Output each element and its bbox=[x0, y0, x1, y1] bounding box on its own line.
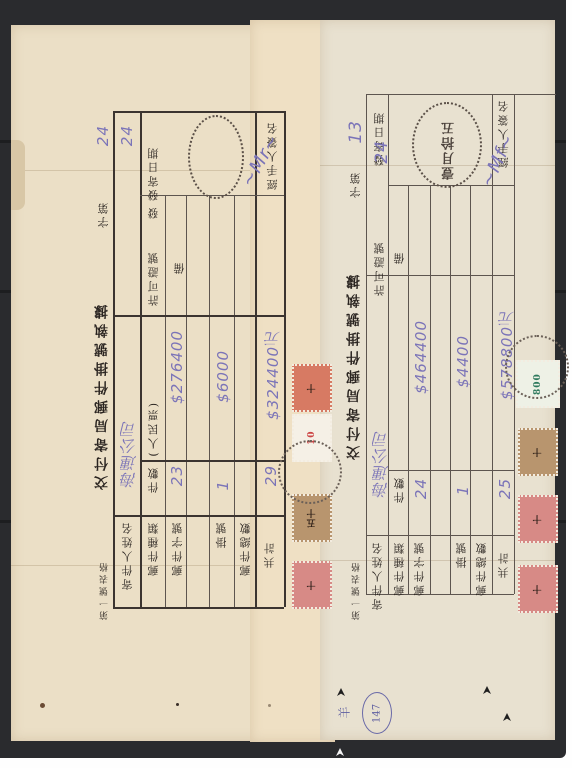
left-serial-value: 24 bbox=[94, 125, 112, 146]
right-serial-label: 字第 bbox=[348, 170, 364, 198]
pencil-circled-note: 147 bbox=[362, 692, 392, 734]
left-postmark bbox=[188, 115, 244, 199]
right-count-value: 24 bbox=[412, 478, 430, 499]
left-form-title: 交付寄局郵件掛號執據 bbox=[92, 300, 112, 490]
right-amount: $4400 bbox=[454, 335, 472, 388]
postage-stamp: 十 bbox=[518, 565, 558, 613]
right-row-label: 郵件種類 bbox=[392, 540, 408, 596]
left-amount: $276400 bbox=[168, 330, 186, 404]
left-row-label: 件數 bbox=[146, 465, 162, 493]
stamp-cancel-mark bbox=[505, 335, 569, 399]
right-row-label: 共計 bbox=[496, 550, 512, 578]
postage-stamp: 十 bbox=[292, 364, 332, 412]
postage-stamp: 十 bbox=[518, 428, 558, 476]
left-row-label: 郵件總數 bbox=[238, 520, 254, 576]
left-sender-value: 海運公司 bbox=[118, 420, 141, 488]
left-date-value: 24 bbox=[118, 125, 136, 146]
right-sender-value: 海運公司 bbox=[370, 430, 393, 498]
water-stain bbox=[11, 140, 25, 210]
paper-speck bbox=[40, 703, 45, 708]
pencil-annotation-char: 羊 bbox=[336, 706, 353, 718]
left-remarks-label: 備 bbox=[172, 260, 188, 274]
left-license-label: 許可證號 bbox=[146, 250, 162, 306]
right-row-label: 掛號 bbox=[454, 540, 470, 568]
right-form-title: 交付寄局郵件掛號執據 bbox=[344, 270, 364, 460]
left-currency-label: (人民票) bbox=[146, 400, 162, 457]
paper-speck bbox=[176, 703, 179, 706]
right-date-value: 24 bbox=[372, 140, 392, 164]
right-form-number: 第一號表格 bbox=[350, 560, 363, 620]
stamp-cancel-mark bbox=[278, 440, 342, 504]
postage-stamp: 十 bbox=[518, 495, 558, 543]
right-license-label: 許可證號 bbox=[372, 240, 388, 296]
right-postmark-text: 壹月拾五 bbox=[440, 120, 459, 180]
left-row-label: 郵件種類 bbox=[146, 520, 162, 576]
right-row-label: 寄件人姓名 bbox=[370, 540, 386, 610]
left-serial-label: 字第 bbox=[96, 200, 112, 228]
right-total-value: 25 bbox=[496, 478, 514, 499]
left-row-label: 共計 bbox=[262, 540, 278, 568]
right-row-label: 件數 bbox=[392, 475, 408, 503]
left-count-value: 23 bbox=[168, 465, 186, 486]
right-amount: $464400 bbox=[412, 320, 430, 394]
right-registered-value: 1 bbox=[454, 485, 472, 496]
right-row-label: 郵件字號 bbox=[412, 540, 428, 596]
right-row-label: 郵件總數 bbox=[474, 540, 490, 596]
paper-speck bbox=[268, 704, 271, 707]
postage-stamp: 十 bbox=[292, 561, 332, 609]
left-amount: $6000 bbox=[214, 350, 232, 403]
right-serial-value: 13 bbox=[346, 120, 366, 144]
left-ship-label: 發 bbox=[146, 205, 162, 219]
left-registered-value: 1 bbox=[214, 480, 232, 491]
left-date-label: 發寄日期 bbox=[146, 145, 162, 201]
left-row-label: 寄件人姓名 bbox=[120, 520, 136, 590]
left-row-label: 郵件字號 bbox=[170, 520, 186, 576]
left-form-number: 第一號表格 bbox=[98, 560, 111, 620]
left-row-label: 掛號 bbox=[214, 520, 230, 548]
left-amount: $324400元 bbox=[262, 330, 283, 420]
right-remarks-label: 備 bbox=[392, 250, 408, 264]
